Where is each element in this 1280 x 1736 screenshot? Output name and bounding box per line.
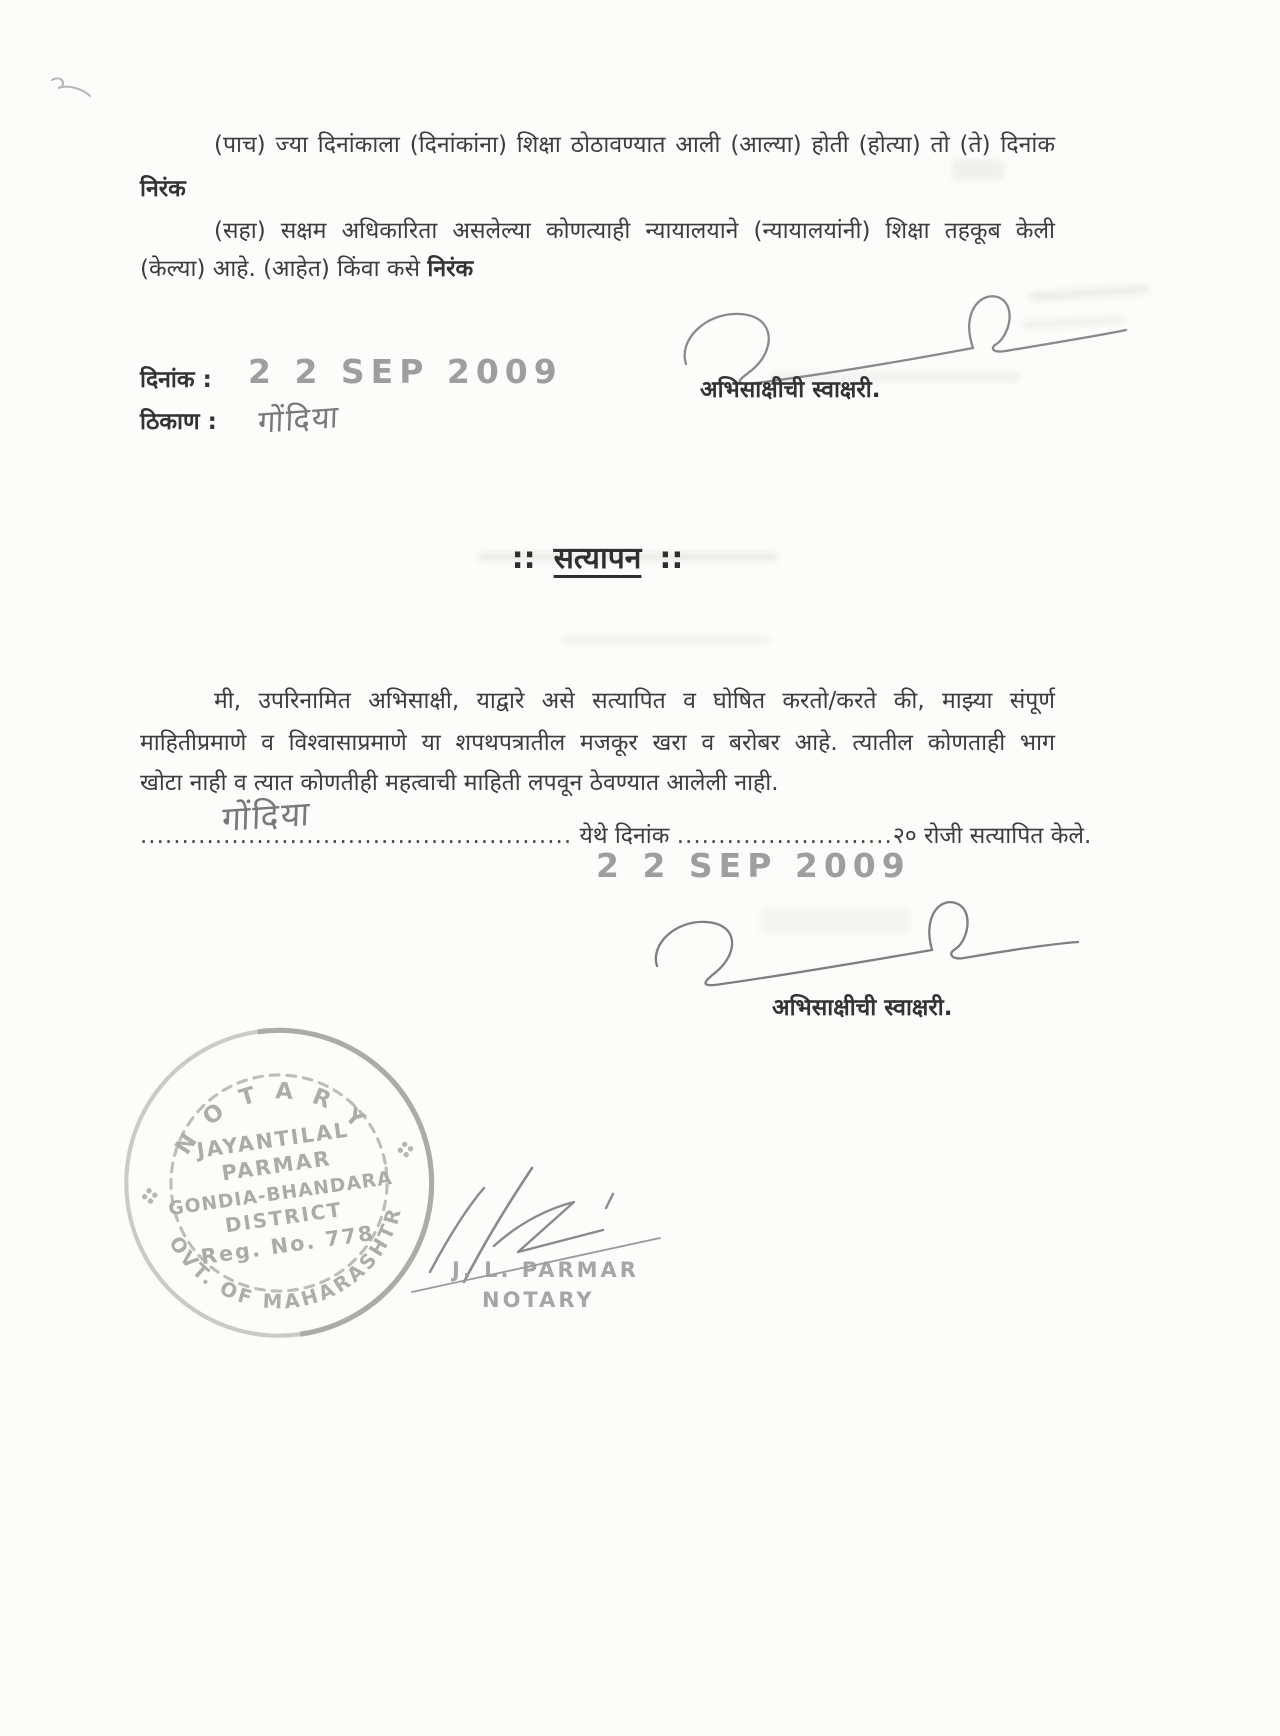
verification-heading: ::सत्यापन::	[140, 536, 1055, 577]
clause-six-text-line1: (सहा) सक्षम अधिकारिता असलेल्या कोणत्याही…	[140, 214, 1055, 248]
notary-signature	[398, 1150, 688, 1310]
bleedthrough-artifact	[560, 636, 770, 644]
place-dots: ........................................…	[140, 823, 572, 849]
clause-five-text: (पाच) ज्या दिनांकाला (दिनांकांना) शिक्षा…	[140, 128, 1055, 162]
clause-six-line2-prefix: (केल्या) आहे. (आहेत) किंवा कसे	[140, 256, 427, 282]
heading-colon-right: ::	[659, 541, 683, 576]
clause-six-text-line2: (केल्या) आहे. (आहेत) किंवा कसे निरंक	[140, 252, 1055, 286]
stamp-flower-left	[141, 1187, 159, 1205]
heading-word: सत्यापन	[554, 541, 642, 576]
witness-signature-2	[642, 898, 1092, 998]
date-stamp: 2 2 SEP 2009	[248, 352, 563, 391]
verification-place-handwritten: गोंदिया	[221, 789, 312, 841]
verification-date-stamp: 2 2 SEP 2009	[596, 846, 911, 885]
heading-colon-left: ::	[512, 541, 536, 576]
date-label: दिनांक :	[140, 362, 212, 394]
verification-line1: मी, उपरिनामित अभिसाक्षी, याद्वारे असे सत…	[140, 684, 1055, 718]
notary-title-stamp: NOTARY	[482, 1288, 595, 1312]
scanned-affidavit-page: (पाच) ज्या दिनांकाला (दिनांकांना) शिक्षा…	[0, 0, 1280, 1736]
verification-suffix: २० रोजी सत्यापित केले.	[893, 823, 1091, 849]
witness-signature-2-label: अभिसाक्षीची स्वाक्षरी.	[772, 990, 953, 1022]
verification-line2: माहितीप्रमाणे व विश्वासाप्रमाणे या शपथपत…	[140, 726, 1055, 760]
corner-pen-mark	[48, 72, 94, 100]
witness-signature-label: अभिसाक्षीची स्वाक्षरी.	[700, 372, 881, 404]
place-label: ठिकाण :	[140, 404, 217, 436]
clause-six-answer: निरंक	[427, 256, 473, 282]
notary-name-stamp: J. L. PARMAR	[452, 1258, 639, 1282]
place-handwritten: गोंदिया	[257, 395, 340, 443]
clause-five-answer: निरंक	[140, 172, 1055, 206]
